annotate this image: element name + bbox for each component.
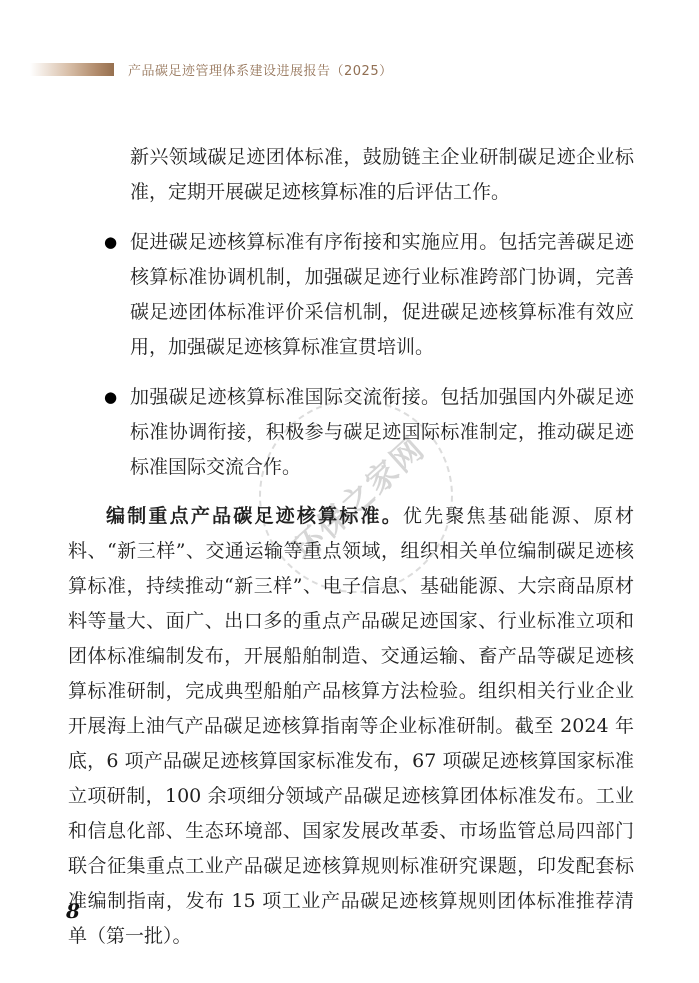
bullet-icon: ● [104, 225, 117, 260]
bullet-icon: ● [104, 380, 117, 415]
paragraph-continuation: 新兴领域碳足迹团体标准，鼓励链主企业研制碳足迹企业标准，定期开展碳足迹核算标准的… [68, 140, 634, 210]
paragraph-main: 编制重点产品碳足迹核算标准。优先聚焦基础能源、原材料、“新三样”、交通运输等重点… [68, 499, 634, 954]
paragraph-body: 优先聚焦基础能源、原材料、“新三样”、交通运输等重点领域，组织相关单位编制碳足迹… [68, 505, 634, 947]
page-number: 8 [66, 899, 80, 923]
report-title: 产品碳足迹管理体系建设进展报告（2025） [128, 60, 393, 79]
bullet-text: 加强碳足迹核算标准国际交流衔接。包括加强国内外碳足迹标准协调衔接，积极参与碳足迹… [130, 386, 634, 478]
page-header: 产品碳足迹管理体系建设进展报告（2025） [30, 60, 393, 79]
bullet-item: ● 促进碳足迹核算标准有序衔接和实施应用。包括完善碳足迹核算标准协调机制，加强碳… [68, 225, 634, 365]
body-text: 新兴领域碳足迹团体标准，鼓励链主企业研制碳足迹企业标准，定期开展碳足迹核算标准的… [68, 140, 634, 954]
bullet-text: 促进碳足迹核算标准有序衔接和实施应用。包括完善碳足迹核算标准协调机制，加强碳足迹… [130, 231, 634, 358]
paragraph-lead-bold: 编制重点产品碳足迹核算标准。 [106, 505, 403, 527]
bullet-item: ● 加强碳足迹核算标准国际交流衔接。包括加强国内外碳足迹标准协调衔接，积极参与碳… [68, 380, 634, 485]
header-gradient-bar [30, 63, 114, 76]
document-page: 产品碳足迹管理体系建设进展报告（2025） 环保之家网 新兴领域碳足迹团体标准，… [0, 0, 699, 983]
